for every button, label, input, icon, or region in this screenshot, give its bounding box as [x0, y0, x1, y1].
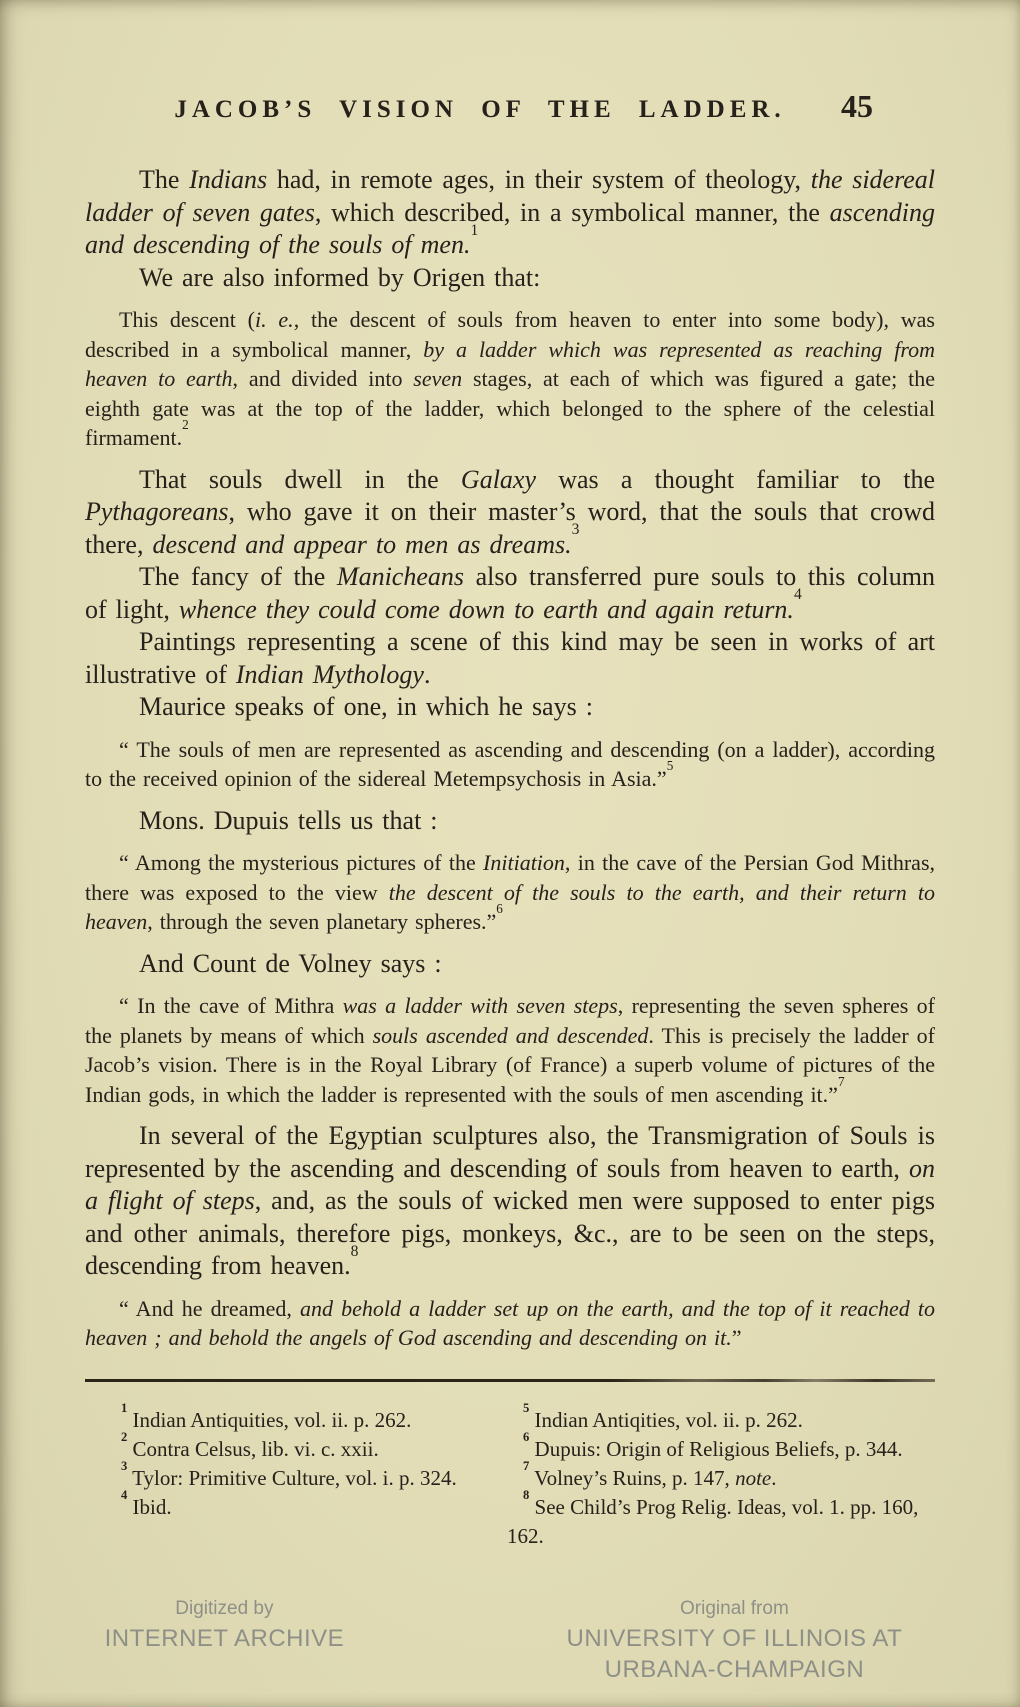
footnote: 3 Tylor: Primitive Culture, vol. i. p. 3…: [105, 1464, 493, 1493]
paragraph: Maurice speaks of one, in which he says …: [85, 691, 935, 724]
running-head: JACOB’S VISION OF THE LADDER.: [85, 96, 935, 124]
paragraph: The fancy of the Manicheans also transfe…: [85, 561, 935, 626]
footnote: 6 Dupuis: Origin of Religious Beliefs, p…: [507, 1435, 935, 1464]
internet-archive-label: INTERNET ARCHIVE: [0, 1623, 449, 1654]
footnote: 5 Indian Antiqities, vol. ii. p. 262.: [507, 1406, 935, 1435]
paragraph: In several of the Egyptian sculptures al…: [85, 1120, 935, 1283]
paragraph: The Indians had, in remote ages, in thei…: [85, 164, 935, 262]
paragraph: We are also informed by Origen that:: [85, 262, 935, 295]
footnotes: 1 Indian Antiquities, vol. ii. p. 262.2 …: [85, 1406, 935, 1551]
page-number: 45: [841, 88, 873, 125]
block-quote: “ In the cave of Mithra was a ladder wit…: [85, 991, 935, 1109]
block-quote: “ Among the mysterious pictures of the I…: [85, 848, 935, 937]
digitized-by-label: Digitized by: [0, 1595, 449, 1623]
scan-footer: Digitized by INTERNET ARCHIVE Original f…: [0, 1595, 1020, 1685]
footnote: 1 Indian Antiquities, vol. ii. p. 262.: [105, 1406, 493, 1435]
footnotes-left: 1 Indian Antiquities, vol. ii. p. 262.2 …: [85, 1406, 493, 1551]
paragraph: Paintings representing a scene of this k…: [85, 626, 935, 691]
page-body: The Indians had, in remote ages, in thei…: [85, 164, 935, 1353]
scanned-book-page: JACOB’S VISION OF THE LADDER. 45 The Ind…: [0, 0, 1020, 1707]
paragraph: That souls dwell in the Galaxy was a tho…: [85, 464, 935, 562]
digitized-by-block: Digitized by INTERNET ARCHIVE: [0, 1595, 449, 1685]
footnote-separator: [85, 1379, 935, 1382]
original-from-block: Original from UNIVERSITY OF ILLINOIS AT …: [449, 1595, 1020, 1685]
paragraph: And Count de Volney says :: [85, 948, 935, 981]
footnote: 2 Contra Celsus, lib. vi. c. xxii.: [105, 1435, 493, 1464]
paragraph: Mons. Dupuis tells us that :: [85, 805, 935, 838]
university-label-line1: UNIVERSITY OF ILLINOIS AT: [449, 1623, 1020, 1654]
footnotes-right: 5 Indian Antiqities, vol. ii. p. 262.6 D…: [493, 1406, 935, 1551]
block-quote: “ The souls of men are represented as as…: [85, 735, 935, 794]
original-from-label: Original from: [449, 1595, 1020, 1623]
footnote: 4 Ibid.: [105, 1493, 493, 1522]
footnote: 7 Volney’s Ruins, p. 147, note.: [507, 1464, 935, 1493]
block-quote: “ And he dreamed, and behold a ladder se…: [85, 1294, 935, 1353]
page-header: JACOB’S VISION OF THE LADDER. 45: [85, 96, 935, 140]
block-quote: This descent (i. e., the descent of soul…: [85, 305, 935, 453]
footnote: 8 See Child’s Prog Relig. Ideas, vol. 1.…: [507, 1493, 935, 1551]
university-label-line2: URBANA-CHAMPAIGN: [449, 1654, 1020, 1685]
